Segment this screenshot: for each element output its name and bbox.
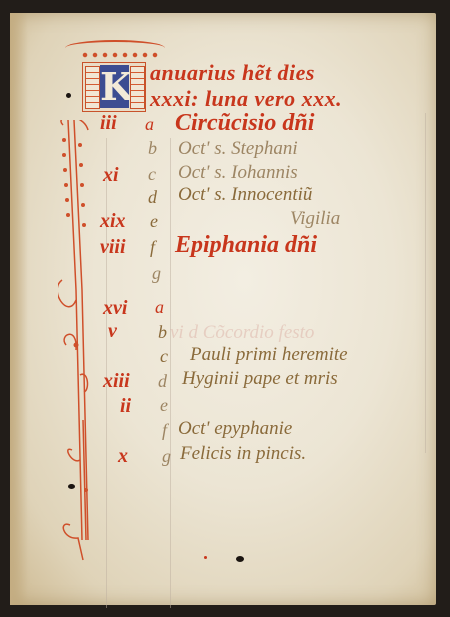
dominical-letter: f bbox=[150, 237, 155, 258]
feast-text: Oct' s. Innocentiũ bbox=[178, 184, 312, 206]
golden-number: xiii bbox=[103, 370, 130, 393]
feast-text: Felicis in pincis. bbox=[180, 443, 306, 465]
golden-number: iii bbox=[100, 112, 117, 135]
feast-text: Oct' s. Stephani bbox=[178, 138, 298, 160]
dominical-letter: a bbox=[145, 114, 154, 135]
dominical-letter: c bbox=[160, 346, 168, 367]
dominical-letter: e bbox=[150, 211, 158, 232]
red-pen-border-flourish bbox=[58, 120, 98, 600]
worm-hole bbox=[236, 556, 244, 562]
ruling-line-middle bbox=[170, 138, 171, 608]
calendar-header-line-1: anuarius hẽt dies bbox=[150, 60, 315, 86]
worm-hole bbox=[68, 484, 75, 489]
feast-text: Oct' s. Iohannis bbox=[178, 162, 298, 184]
decorated-initial: K bbox=[82, 62, 146, 112]
golden-number: xvi bbox=[103, 297, 127, 320]
dominical-letter: d bbox=[148, 187, 157, 208]
golden-number: viii bbox=[100, 236, 126, 259]
dominical-letter: g bbox=[162, 446, 171, 467]
dominical-letter: a bbox=[155, 297, 164, 318]
calendar-header-line-2: xxxi: luna vero xxx. bbox=[150, 86, 342, 112]
ruling-line-right bbox=[425, 113, 426, 453]
dominical-letter: d bbox=[158, 371, 167, 392]
golden-number: ii bbox=[120, 395, 131, 418]
initial-letter: K bbox=[100, 65, 129, 108]
dominical-letter: c bbox=[148, 164, 156, 185]
dominical-letter: e bbox=[160, 395, 168, 416]
dominical-letter: b bbox=[148, 138, 157, 159]
worm-hole bbox=[66, 93, 71, 98]
dotted-flourish bbox=[80, 50, 160, 60]
golden-number: v bbox=[108, 320, 117, 343]
dominical-letter: g bbox=[152, 263, 161, 284]
golden-number: xi bbox=[103, 164, 119, 187]
initial-left-panel bbox=[85, 66, 100, 109]
feast-text: Pauli primi heremite bbox=[190, 344, 348, 366]
golden-number: x bbox=[118, 445, 128, 468]
golden-number: xix bbox=[100, 210, 126, 233]
feast-text: Circũcisio dñi bbox=[175, 110, 314, 137]
dominical-letter: b bbox=[158, 322, 167, 343]
feast-text: Oct' epyphanie bbox=[178, 418, 292, 440]
ink-speck bbox=[204, 556, 207, 559]
show-through-text: vi d Cõcordio festo bbox=[170, 322, 314, 344]
dominical-letter: f bbox=[162, 420, 167, 441]
feast-text: Vigilia bbox=[290, 208, 340, 230]
feast-text: Epiphania dñi bbox=[175, 232, 317, 259]
initial-right-panel bbox=[130, 66, 145, 109]
feast-text: Hyginii pape et mris bbox=[182, 368, 338, 390]
